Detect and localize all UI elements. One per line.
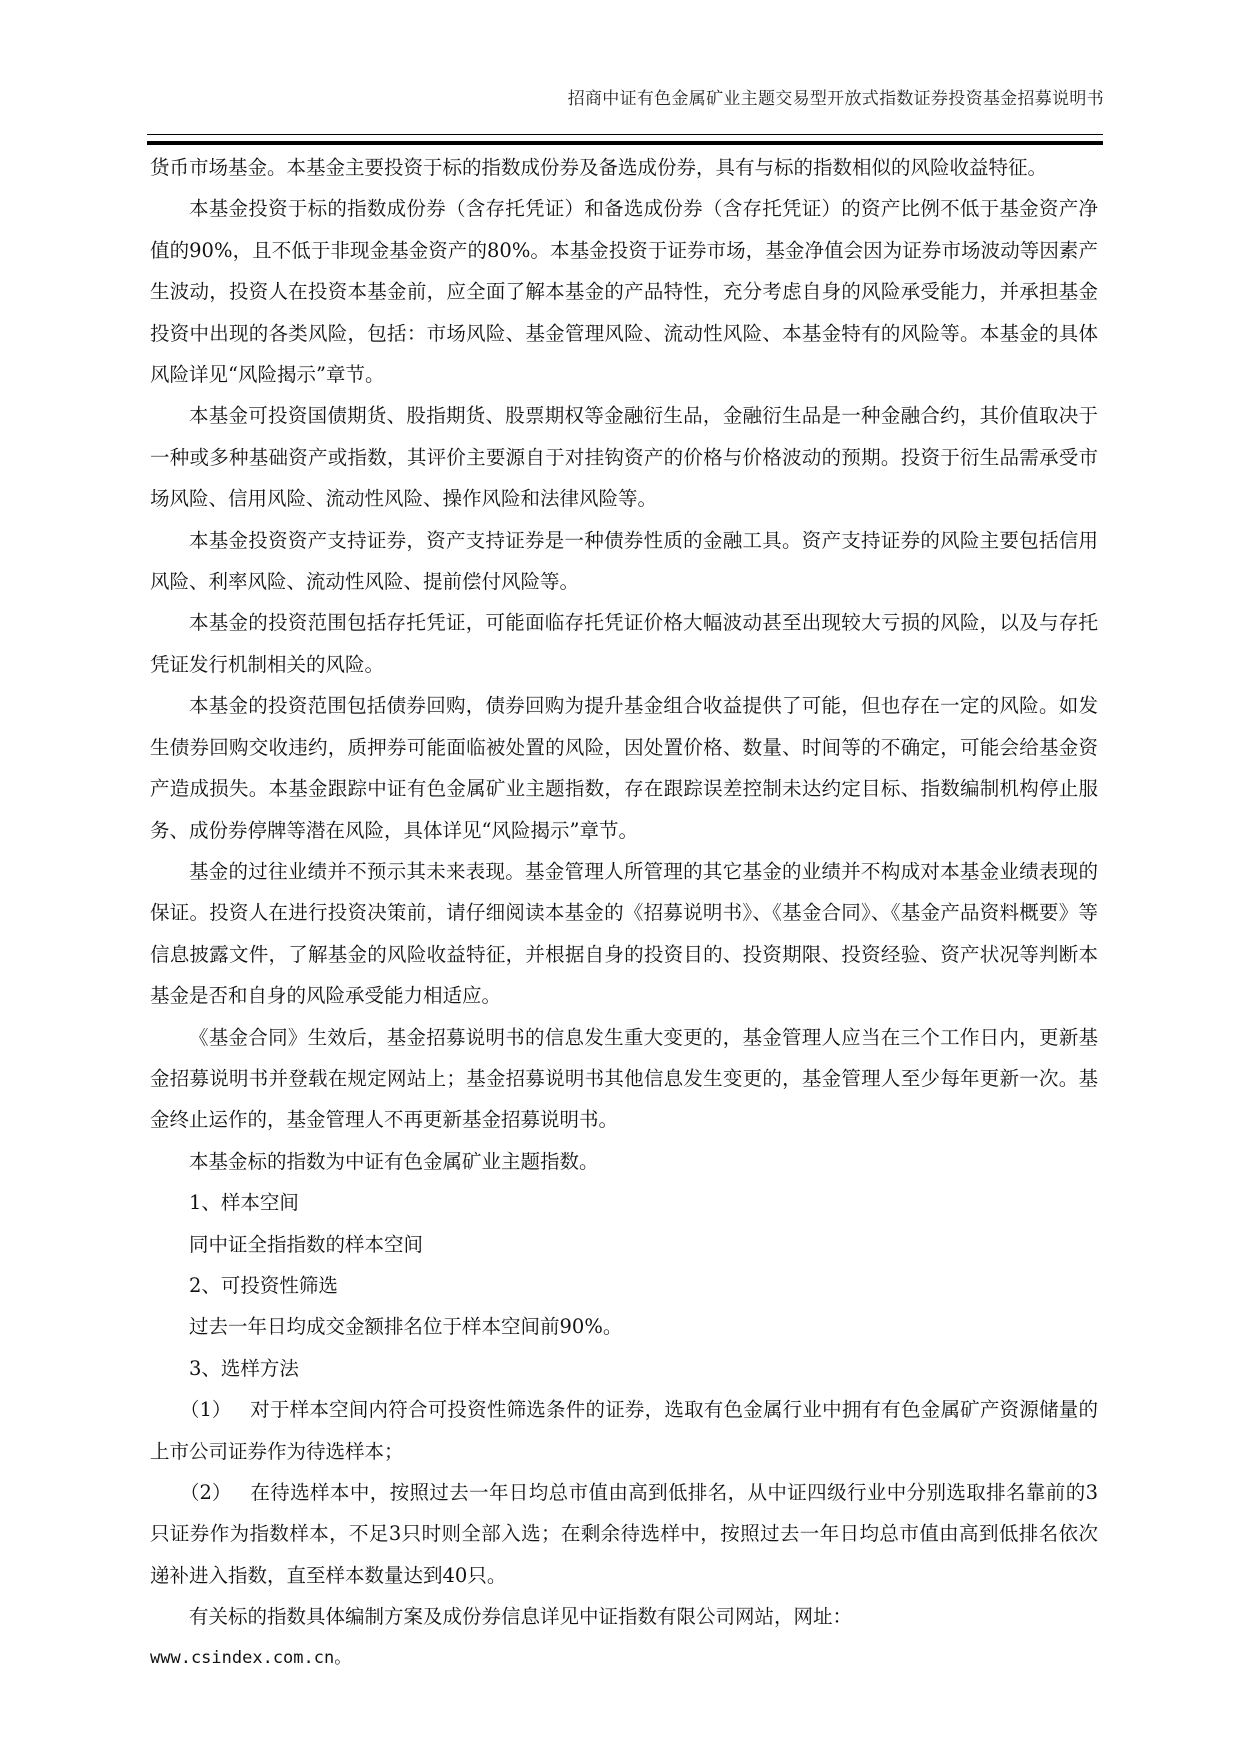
selection-item-text: 在待选样本中，按照过去一年日均总市值由高到低排名，从中证四级行业中分别选取排名靠…: [150, 1481, 1098, 1587]
paragraph-abs-risk: 本基金投资资产支持证券，资产支持证券是一种债券性质的金融工具。资产支持证券的风险…: [150, 520, 1098, 603]
section-investability-title: 2、可投资性筛选: [150, 1265, 1098, 1306]
paragraph-past-performance: 基金的过往业绩并不预示其未来表现。基金管理人所管理的其它基金的业绩并不构成对本基…: [150, 851, 1098, 1017]
section-selection-method-title: 3、选样方法: [150, 1348, 1098, 1389]
paragraph-index-details: 有关标的指数具体编制方案及成份券信息详见中证指数有限公司网站，网址：: [150, 1596, 1098, 1637]
paragraph-derivatives-risk: 本基金可投资国债期货、股指期货、股票期权等金融衍生品，金融衍生品是一种金融合约，…: [150, 395, 1098, 519]
paragraph-continuation: 货币市场基金。本基金主要投资于标的指数成份券及备选成份券，具有与标的指数相似的风…: [150, 147, 1098, 188]
header-rule-thick: [147, 141, 1103, 145]
selection-item-number: （1）: [150, 1389, 250, 1430]
selection-item-number: （2）: [150, 1472, 250, 1513]
csindex-url-link[interactable]: www.csindex.com.cn。: [150, 1638, 1098, 1679]
selection-item-2: （2）在待选样本中，按照过去一年日均总市值由高到低排名，从中证四级行业中分别选取…: [150, 1472, 1098, 1596]
selection-item-text: 对于样本空间内符合可投资性筛选条件的证券，选取有色金属行业中拥有有色金属矿产资源…: [150, 1398, 1098, 1462]
document-body: 货币市场基金。本基金主要投资于标的指数成份券及备选成份券，具有与标的指数相似的风…: [150, 147, 1098, 1679]
paragraph-asset-allocation: 本基金投资于标的指数成份券（含存托凭证）和备选成份券（含存托凭证）的资产比例不低…: [150, 188, 1098, 395]
section-investability-text: 过去一年日均成交金额排名位于样本空间前90%。: [150, 1306, 1098, 1347]
document-header-title: 招商中证有色金属矿业主题交易型开放式指数证券投资基金招募说明书: [568, 84, 1104, 109]
paragraph-repo-risk: 本基金的投资范围包括债券回购，债券回购为提升基金组合收益提供了可能，但也存在一定…: [150, 685, 1098, 851]
selection-item-1: （1）对于样本空间内符合可投资性筛选条件的证券，选取有色金属行业中拥有有色金属矿…: [150, 1389, 1098, 1472]
paragraph-prospectus-update: 《基金合同》生效后，基金招募说明书的信息发生重大变更的，基金管理人应当在三个工作…: [150, 1017, 1098, 1141]
paragraph-depositary-receipts-risk: 本基金的投资范围包括存托凭证，可能面临存托凭证价格大幅波动甚至出现较大亏损的风险…: [150, 602, 1098, 685]
section-sample-space-text: 同中证全指指数的样本空间: [150, 1224, 1098, 1265]
header-rule-thin: [147, 134, 1103, 135]
paragraph-target-index: 本基金标的指数为中证有色金属矿业主题指数。: [150, 1141, 1098, 1182]
section-sample-space-title: 1、样本空间: [150, 1182, 1098, 1223]
